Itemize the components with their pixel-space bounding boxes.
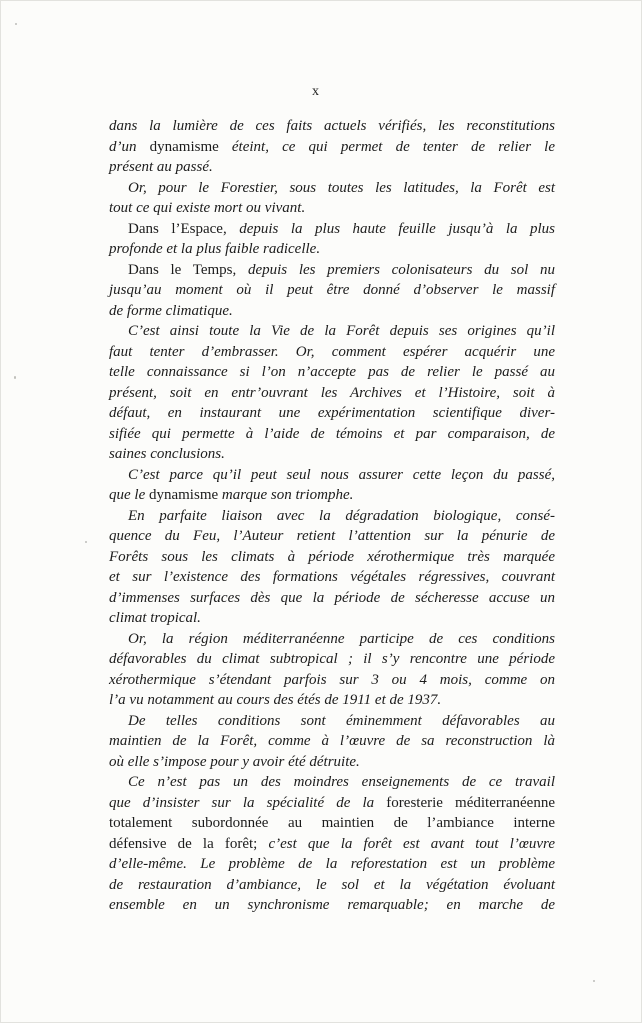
text-line: C’est parce qu’il peut seul nous assurer… [109,465,555,486]
text-line: sifiée qui permette à l’aide de témoins … [109,424,555,445]
paragraph: C’est ainsi toute la Vie de la Forêt dep… [109,321,555,465]
text-line: présent, soit en entr’ouvrant les Archiv… [109,383,555,404]
text-line: tout ce qui existe mort ou vivant. [109,198,555,219]
roman-text-segment: foresterie méditerranéenne [386,795,555,811]
italic-text-segment: c’est que la forêt est avant tout l’œuvr… [268,836,555,852]
italic-text-segment: et sur l’existence des formations végéta… [109,569,555,585]
italic-text-segment: profonde et la plus faible radicelle. [109,241,320,257]
text-line: Ce n’est pas un des moindres enseignemen… [109,772,555,793]
italic-text-segment: défaut, en instaurant une expérimentatio… [109,405,555,421]
roman-text-segment: Dans l’Espace, [128,221,239,237]
text-line: que d’insister sur la spécialité de la f… [109,793,555,814]
italic-text-segment: En parfaite liaison avec la dégradation … [128,508,555,524]
text-line: xérothermique s’étendant parfois sur 3 o… [109,670,555,691]
text-line: De telles conditions sont éminemment déf… [109,711,555,732]
text-line: d’un dynamisme éteint, ce qui permet de … [109,137,555,158]
italic-text-segment: Or, la région méditerranéenne participe … [128,631,555,647]
italic-text-segment: C’est parce qu’il peut seul nous assurer… [128,467,555,483]
text-line: et sur l’existence des formations végéta… [109,567,555,588]
text-line: profonde et la plus faible radicelle. [109,239,555,260]
text-line: d’elle-même. Le problème de la reforesta… [109,854,555,875]
italic-text-segment: de restauration d’ambiance, le sol et la… [109,877,555,893]
italic-text-segment: dans la lumière de ces faits actuels vér… [109,118,555,134]
italic-text-segment: tout ce qui existe mort ou vivant. [109,200,305,216]
text-line: jusqu’au moment où il peut être donné d’… [109,280,555,301]
italic-text-segment: éteint, ce qui permet de tenter de relie… [219,139,555,155]
italic-text-segment: climat tropical. [109,610,201,626]
text-line: Dans l’Espace, depuis la plus haute feui… [109,219,555,240]
roman-text-segment: dynamisme [150,139,219,155]
italic-text-segment: d’un [109,139,150,155]
text-line: de restauration d’ambiance, le sol et la… [109,875,555,896]
preface-text-block: dans la lumière de ces faits actuels vér… [109,116,555,916]
italic-text-segment: C’est ainsi toute la Vie de la Forêt dep… [128,323,555,339]
italic-text-segment: ensemble en un synchronisme remarquable;… [109,897,555,913]
text-line: défavorables du climat subtropical ; il … [109,649,555,670]
italic-text-segment: d’elle-même. Le problème de la reforesta… [109,856,555,872]
text-line: l’a vu notamment au cours des étés de 19… [109,690,555,711]
roman-text-segment: Dans le Temps, [128,262,248,278]
roman-text-segment: défensive de la forêt; [109,836,268,852]
roman-text-segment: dynamisme [149,487,218,503]
italic-text-segment: quence du Feu, l’Auteur retient l’attent… [109,528,555,544]
italic-text-segment: présent, soit en entr’ouvrant les Archiv… [109,385,555,401]
text-line: telle connaissance si l’on n’accepte pas… [109,362,555,383]
italic-text-segment: où elle s’impose pour y avoir été détrui… [109,754,360,770]
italic-text-segment: l’a vu notamment au cours des étés de 19… [109,692,441,708]
text-line: maintien de la Forêt, comme à l’œuvre de… [109,731,555,752]
text-line: dans la lumière de ces faits actuels vér… [109,116,555,137]
paragraph: Dans le Temps, depuis les premiers colon… [109,260,555,322]
paragraph: Or, la région méditerranéenne participe … [109,629,555,711]
italic-text-segment: depuis les premiers colonisateurs du sol… [248,262,555,278]
italic-text-segment: marque son triomphe. [218,487,353,503]
text-line: Or, la région méditerranéenne participe … [109,629,555,650]
scan-speck [15,23,17,25]
paragraph: En parfaite liaison avec la dégradation … [109,506,555,629]
italic-text-segment: xérothermique s’étendant parfois sur 3 o… [109,672,555,688]
italic-text-segment: De telles conditions sont éminemment déf… [128,713,555,729]
scan-speck [14,376,16,379]
text-line: que le dynamisme marque son triomphe. [109,485,555,506]
text-line: quence du Feu, l’Auteur retient l’attent… [109,526,555,547]
paragraph: C’est parce qu’il peut seul nous assurer… [109,465,555,506]
italic-text-segment: d’immenses surfaces dès que la période d… [109,590,555,606]
text-line: C’est ainsi toute la Vie de la Forêt dep… [109,321,555,342]
text-line: Dans le Temps, depuis les premiers colon… [109,260,555,281]
text-line: de forme climatique. [109,301,555,322]
scan-speck [593,980,595,982]
text-line: ensemble en un synchronisme remarquable;… [109,895,555,916]
scanned-book-page: x dans la lumière de ces faits actuels v… [0,0,642,1023]
text-line: d’immenses surfaces dès que la période d… [109,588,555,609]
italic-text-segment: de forme climatique. [109,303,233,319]
paragraph: Or, pour le Forestier, sous toutes les l… [109,178,555,219]
text-line: défaut, en instaurant une expérimentatio… [109,403,555,424]
text-line: où elle s’impose pour y avoir été détrui… [109,752,555,773]
paragraph: Dans l’Espace, depuis la plus haute feui… [109,219,555,260]
paragraph: Ce n’est pas un des moindres enseignemen… [109,772,555,916]
text-line: saines conclusions. [109,444,555,465]
paragraph: dans la lumière de ces faits actuels vér… [109,116,555,178]
paragraph: De telles conditions sont éminemment déf… [109,711,555,773]
italic-text-segment: défavorables du climat subtropical ; il … [109,651,555,667]
text-line: Forêts sous les climats à période xéroth… [109,547,555,568]
text-line: Or, pour le Forestier, sous toutes les l… [109,178,555,199]
text-line: présent au passé. [109,157,555,178]
italic-text-segment: sifiée qui permette à l’aide de témoins … [109,426,555,442]
text-line: défensive de la forêt; c’est que la forê… [109,834,555,855]
italic-text-segment: depuis la plus haute feuille jusqu’à la … [239,221,555,237]
italic-text-segment: maintien de la Forêt, comme à l’œuvre de… [109,733,555,749]
text-line: faut tenter d’embrasser. Or, comment esp… [109,342,555,363]
italic-text-segment: saines conclusions. [109,446,225,462]
italic-text-segment: faut tenter d’embrasser. Or, comment esp… [109,344,555,360]
text-line: En parfaite liaison avec la dégradation … [109,506,555,527]
page-number: x [93,84,539,100]
italic-text-segment: jusqu’au moment où il peut être donné d’… [109,282,555,298]
italic-text-segment: Forêts sous les climats à période xéroth… [109,549,555,565]
italic-text-segment: que le [109,487,149,503]
roman-text-segment: totalement subordonnée au maintien de l’… [109,815,555,831]
text-line: climat tropical. [109,608,555,629]
italic-text-segment: que d’insister sur la spécialité de la [109,795,386,811]
text-line: totalement subordonnée au maintien de l’… [109,813,555,834]
scan-speck [85,541,87,543]
italic-text-segment: telle connaissance si l’on n’accepte pas… [109,364,555,380]
italic-text-segment: Or, pour le Forestier, sous toutes les l… [128,180,555,196]
italic-text-segment: Ce n’est pas un des moindres enseignemen… [128,774,555,790]
italic-text-segment: présent au passé. [109,159,213,175]
